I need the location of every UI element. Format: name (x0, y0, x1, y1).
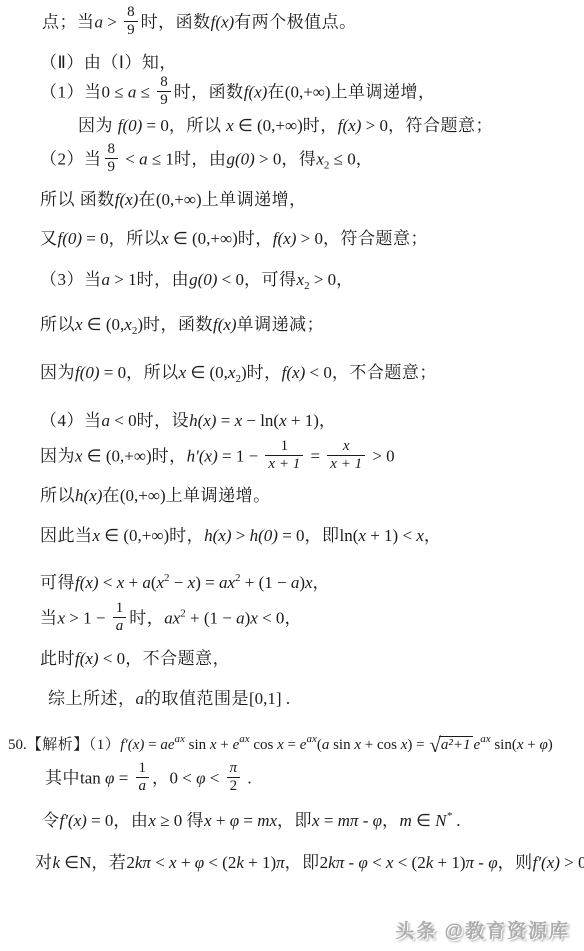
text-run: = 0 (142, 116, 169, 135)
text-run: 上单调递增， (331, 82, 436, 101)
text-run: ) = (195, 573, 219, 592)
text-run: （3）当 (40, 270, 102, 289)
text-run: ，符合题意； (388, 116, 493, 135)
text-run: 有两个极值点。 (234, 13, 357, 32)
text-run: 对 (35, 853, 53, 872)
text-run: . (452, 811, 461, 830)
text-run: 因为 (40, 363, 75, 382)
text-line: 因为f(0) = 0，所以x ∈ (0,x2)时，f(x) < 0，不合题意； (40, 362, 584, 390)
text-run: φ (488, 853, 497, 872)
text-run: 又 (40, 229, 58, 248)
text-run: 所以 函数 (40, 190, 115, 209)
text-run: f(x) (75, 649, 99, 668)
text-run: ，不合题意， (125, 649, 230, 668)
text-run: = (320, 811, 338, 830)
text-run: = 0 (82, 229, 109, 248)
text-run: < (2 (393, 853, 425, 872)
text-run: 2 (320, 853, 329, 872)
text-run: ，得 (281, 150, 316, 169)
text-run: ， (382, 811, 400, 830)
text-run: > 1 (110, 270, 137, 289)
text-line: 此时f(x) < 0，不合题意， (40, 648, 584, 670)
text-run: 所以 (40, 486, 75, 505)
text-run: φ (196, 768, 205, 787)
text-line: 50.【解析】（1）f′(x) = aeax sin x + eax cos x… (8, 728, 584, 756)
text-run: N (435, 811, 446, 830)
text-run: x (354, 737, 361, 753)
text-run: + (1 − (186, 609, 236, 628)
fraction: 89 (124, 4, 138, 40)
text-line: 因为 f(0) = 0，所以 x ∈ (0,+∞)时，f(x) > 0，符合题意… (78, 115, 584, 137)
text-run: < (99, 573, 117, 592)
text-run: ∈ (0,+∞) (83, 446, 152, 465)
text-run: x (157, 573, 165, 592)
text-run: 综上所述， (48, 689, 136, 708)
text-run: 的取值范围是 (144, 689, 249, 708)
text-run: mx (257, 811, 277, 830)
math-solution-document: 点；当a > 89时，函数f(x)有两个极值点。（Ⅱ）由（Ⅰ）知，（1）当0 ≤… (0, 0, 584, 951)
fraction: xx + 1 (327, 438, 365, 474)
text-line: （4）当a < 0时，设h(x) = x − ln(x + 1)， (40, 410, 584, 432)
fraction: 1a (113, 600, 127, 636)
text-run: [0,1] . (249, 689, 290, 708)
text-run: 时，设 (137, 411, 190, 430)
text-run: x (316, 150, 324, 169)
text-run: a (139, 150, 148, 169)
text-line: 又f(0) = 0，所以x ∈ (0,+∞)时，f(x) > 0，符合题意； (40, 228, 584, 250)
text-run: ae (160, 737, 174, 753)
text-run: 因此当 (40, 526, 93, 545)
text-line: （1）当0 ≤ a ≤ 89时，函数f(x)在(0,+∞)上单调递增， (40, 76, 584, 112)
text-run: 时，由 (174, 150, 227, 169)
text-run: (0,+∞) (120, 486, 166, 505)
text-run: x (226, 116, 234, 135)
text-run: 0 < (170, 768, 197, 787)
text-run: x (58, 609, 66, 628)
text-line: 令f′(x) = 0，由x ≥ 0 得x + φ = mx，即x = mπ - … (42, 805, 584, 832)
text-run: f(0) (118, 116, 143, 135)
text-line: 当x > 1 − 1a时，ax2 + (1 − a)x < 0， (40, 602, 584, 638)
text-run: + (217, 737, 233, 753)
text-run: （4）当 (40, 411, 102, 430)
text-run: sin (185, 737, 210, 753)
text-run: 50. (8, 737, 27, 753)
text-run: + (1 − (240, 573, 290, 592)
text-line: 因此当x ∈ (0,+∞)时，h(x) > h(0) = 0，即ln(x + 1… (40, 525, 584, 547)
text-run: h(x) (204, 526, 231, 545)
text-run: ∈ (0, (83, 315, 125, 334)
text-run: ∈N (60, 853, 91, 872)
text-run: ， (313, 573, 331, 592)
text-run: g(0) (189, 270, 217, 289)
text-run: a (95, 13, 104, 32)
text-run: 时， (129, 609, 164, 628)
text-run: 在 (138, 190, 156, 209)
text-run: 当 (40, 609, 58, 628)
fraction: π2 (227, 760, 241, 796)
text-run: ，即 (277, 811, 312, 830)
text-run: ，符合题意； (323, 229, 428, 248)
text-run: = (114, 768, 132, 787)
text-run: h(x) (75, 486, 102, 505)
text-run: 得 (187, 811, 205, 830)
text-run: x (210, 737, 217, 753)
text-run: x (148, 811, 156, 830)
text-run: + 1) < (366, 526, 416, 545)
text-run: f(0) (75, 363, 100, 382)
text-run: π (466, 853, 475, 872)
text-run: ax (175, 733, 185, 745)
text-run: 时，函数 (174, 82, 244, 101)
fraction: 1a (136, 760, 150, 796)
text-run: f′(x) (533, 853, 560, 872)
text-run: 在 (267, 82, 285, 101)
text-run: ∈ (0, (186, 363, 228, 382)
text-line: （Ⅱ）由（Ⅰ）知， (40, 52, 584, 74)
text-run: f(x) (338, 116, 362, 135)
text-run: ln( (340, 526, 359, 545)
text-run: > 0 (255, 150, 282, 169)
text-run: ，所以 (109, 229, 162, 248)
text-run: 点；当 (42, 13, 95, 32)
text-run: m (400, 811, 412, 830)
text-run: ∈ (412, 811, 435, 830)
text-run: （1）当 (40, 82, 102, 101)
text-run: − ln( (242, 411, 279, 430)
text-run: 时， (238, 229, 273, 248)
text-run: φ (195, 853, 204, 872)
text-run: = (144, 737, 160, 753)
text-run: - (344, 853, 358, 872)
text-run: + 1) (244, 853, 276, 872)
text-run: 令 (42, 811, 60, 830)
text-run: = 0 (278, 526, 305, 545)
text-run: f′(x) (120, 737, 144, 753)
text-line: 因为x ∈ (0,+∞)时，h′(x) = 1 − 1x + 1 = xx + … (40, 440, 584, 476)
text-run: ， (336, 270, 354, 289)
text-run: g(0) (226, 150, 254, 169)
text-run: ，由 (113, 811, 148, 830)
text-line: 综上所述，a的取值范围是[0,1] . (48, 688, 584, 710)
text-run: < 0 (110, 411, 137, 430)
text-run: x (297, 270, 305, 289)
text-run: 单调递减； (237, 315, 325, 334)
text-run: 时， (152, 446, 187, 465)
text-run: ，所以 (169, 116, 226, 135)
text-run: 2 (126, 853, 135, 872)
text-run: ≤ 0 (329, 150, 355, 169)
text-run: . (243, 768, 252, 787)
text-line: 所以h(x)在(0,+∞)上单调递增。 (40, 485, 584, 507)
text-run: x (250, 609, 258, 628)
fraction: 1x + 1 (265, 438, 303, 474)
text-run: + 1) (433, 853, 465, 872)
text-run: 时，由 (137, 270, 190, 289)
text-run: f(0) (58, 229, 83, 248)
text-run: a (236, 609, 245, 628)
text-run: 上单调递增。 (166, 486, 271, 505)
text-run: + cos (361, 737, 401, 753)
text-run: x (204, 811, 212, 830)
text-run: 此时 (40, 649, 75, 668)
text-run: φ (373, 811, 382, 830)
text-run: ax (480, 733, 490, 745)
text-run: > (232, 526, 250, 545)
text-run: kπ (328, 853, 344, 872)
text-run: < (2 (204, 853, 236, 872)
text-line: 点；当a > 89时，函数f(x)有两个极值点。 (42, 6, 584, 42)
text-run: a (102, 270, 111, 289)
text-run: ∈ (0,+∞) (100, 526, 169, 545)
text-run: + (124, 573, 142, 592)
text-run: 因为 (40, 446, 75, 465)
text-run: a (136, 689, 145, 708)
text-run: + (212, 811, 230, 830)
text-run: x (235, 411, 243, 430)
text-run: f(x) (211, 13, 235, 32)
text-run: = 0 (87, 811, 114, 830)
text-run: > (103, 13, 121, 32)
text-run: （2）当 (40, 150, 102, 169)
text-run: ∈ (0,+∞) (234, 116, 303, 135)
text-run: 时， (303, 116, 338, 135)
text-run: x (305, 573, 313, 592)
text-run: x (312, 811, 320, 830)
sqrt-radical: √a²+1 (429, 734, 472, 756)
text-run: （Ⅱ）由（Ⅰ）知， (40, 53, 177, 72)
text-run: (0,+∞) (285, 82, 331, 101)
text-run: 时， (169, 526, 204, 545)
text-run: k (53, 853, 61, 872)
text-line: 对k ∈N，若2kπ < x + φ < (2k + 1)π，即2kπ - φ … (35, 852, 584, 874)
text-run: sin (329, 737, 354, 753)
text-run: f(x) (213, 315, 237, 334)
text-run: ， (424, 526, 442, 545)
text-run: h(0) (250, 526, 278, 545)
text-line: （2）当89 < a ≤ 1时，由g(0) > 0，得x2 ≤ 0， (40, 143, 584, 179)
text-run: f(x) (282, 363, 306, 382)
text-run: ) (548, 737, 553, 753)
text-run: ax (306, 733, 316, 745)
text-run: < 0 (305, 363, 332, 382)
text-run: < (121, 150, 139, 169)
text-run: - (358, 811, 372, 830)
text-run: − (170, 573, 188, 592)
text-run: cos (250, 737, 278, 753)
text-run: ， (319, 411, 337, 430)
text-run: 其中 (45, 768, 80, 787)
text-run: x (75, 446, 83, 465)
text-run: > 1 − (65, 609, 110, 628)
text-run: ，即 (285, 853, 320, 872)
text-run: ，不合题意； (332, 363, 437, 382)
text-run: f(x) (244, 82, 268, 101)
text-run: a (142, 573, 151, 592)
fraction: 89 (157, 74, 171, 110)
text-run: x (277, 737, 284, 753)
text-run: ∈ (0,+∞) (169, 229, 238, 248)
text-run: + 1) (287, 411, 319, 430)
text-run: = (306, 446, 324, 465)
text-run: + (177, 853, 195, 872)
text-run: = 1 − (218, 446, 263, 465)
text-run: = (239, 811, 257, 830)
text-run: 0 ≤ (102, 82, 128, 101)
text-run: x (279, 411, 287, 430)
text-run: ≤ (136, 82, 154, 101)
text-run: (0,+∞) (156, 190, 202, 209)
text-run: > 0 (361, 116, 388, 135)
text-run: < 0 (99, 649, 126, 668)
text-run: x (161, 229, 169, 248)
text-run: < (206, 768, 224, 787)
text-run: x (416, 526, 424, 545)
text-run: = (216, 411, 234, 430)
text-run: kπ (135, 853, 151, 872)
text-line: 可得f(x) < x + a(x2 − x) = ax2 + (1 − a)x， (40, 567, 584, 594)
fraction: 89 (105, 141, 119, 177)
text-run: x (75, 315, 83, 334)
text-run: ，即 (305, 526, 340, 545)
text-run: φ (230, 811, 239, 830)
text-run: < 0 (217, 270, 244, 289)
text-run: φ (539, 737, 547, 753)
text-run: > 0 (296, 229, 323, 248)
text-run: ， (152, 768, 170, 787)
text-run: < 0 (258, 609, 285, 628)
text-run: π (276, 853, 285, 872)
text-run: x (169, 853, 177, 872)
page: { "page": { "background": "#ffffff", "te… (0, 0, 584, 951)
text-run: ，所以 (126, 363, 179, 382)
text-run: < (368, 853, 386, 872)
text-run: x (358, 526, 366, 545)
text-run: 所以 (40, 315, 75, 334)
text-run: f(x) (75, 573, 99, 592)
text-run: ，则 (498, 853, 533, 872)
watermark: 头条 @教育资源库 (395, 916, 570, 943)
text-run: 【解析】（1） (27, 737, 121, 753)
text-run: > 0 (560, 853, 584, 872)
text-run: sin( (491, 737, 517, 753)
text-line: 其中tan φ = 1a，0 < φ < π2 . (45, 762, 584, 798)
text-run: ， (284, 609, 302, 628)
text-run: f(x) (273, 229, 297, 248)
text-run: 时，函数 (141, 13, 211, 32)
text-run: ， (356, 150, 374, 169)
text-run: + (524, 737, 540, 753)
text-run: 因为 (78, 116, 118, 135)
text-run: = (284, 737, 300, 753)
text-run: ≥ 0 (156, 811, 187, 830)
text-run: h(x) (189, 411, 216, 430)
text-line: 所以x ∈ (0,x2)时，函数f(x)单调递减； (40, 314, 584, 342)
text-run: k (236, 853, 244, 872)
text-run: 上单调递增， (202, 190, 307, 209)
text-run: 时， (247, 363, 282, 382)
text-run: < (151, 853, 169, 872)
text-run: f(x) (115, 190, 139, 209)
text-run: f′(x) (60, 811, 87, 830)
text-run: ) = (407, 737, 428, 753)
text-run: ≤ 1 (148, 150, 174, 169)
text-run: 可得 (40, 573, 75, 592)
text-run: 在 (102, 486, 120, 505)
text-run: a (102, 411, 111, 430)
text-run: > 0 (310, 270, 337, 289)
text-run: x (124, 315, 132, 334)
text-run: > 0 (368, 446, 395, 465)
text-run: - (474, 853, 488, 872)
text-run: ，可得 (244, 270, 297, 289)
text-run: x (517, 737, 524, 753)
text-run: ax (239, 733, 249, 745)
text-line: （3）当a > 1时，由g(0) < 0，可得x2 > 0， (40, 269, 584, 297)
text-run: φ (358, 853, 367, 872)
text-run: x (93, 526, 101, 545)
text-run: mπ (338, 811, 359, 830)
text-run: ，若 (91, 853, 126, 872)
text-run: ax (219, 573, 235, 592)
text-run: tan (80, 768, 105, 787)
text-run: ax (164, 609, 180, 628)
text-run: 时，函数 (143, 315, 213, 334)
text-run: h′(x) (187, 446, 218, 465)
text-run: = 0 (100, 363, 127, 382)
text-line: 所以 函数f(x)在(0,+∞)上单调递增， (40, 189, 584, 211)
